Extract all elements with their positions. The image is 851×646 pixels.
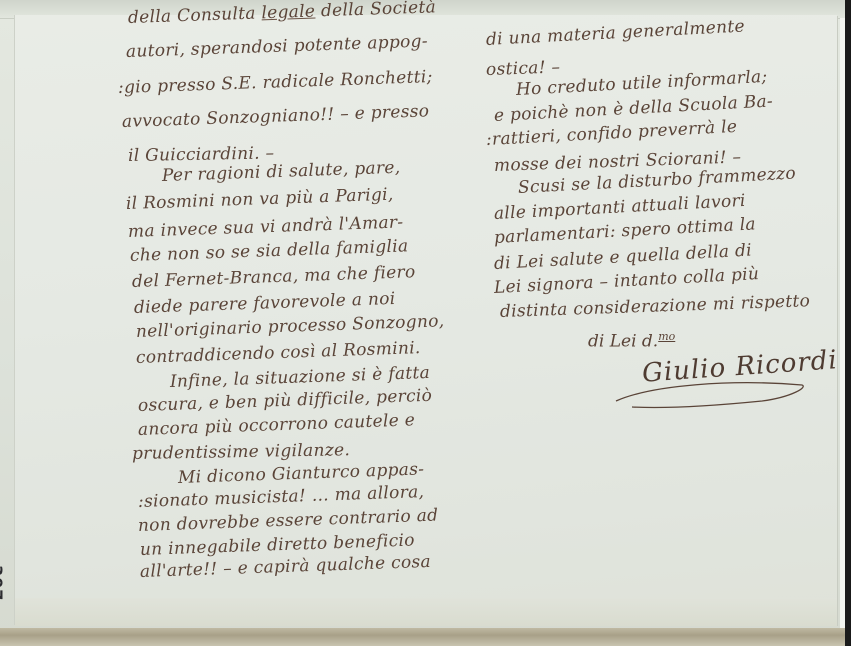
scan-border-right	[845, 0, 851, 646]
sheet-bottom-band	[15, 598, 837, 626]
underlined-word: legale	[261, 1, 315, 23]
letter-line: ostica! –	[486, 57, 561, 80]
letter-line: prudentissime vigilanze.	[132, 440, 350, 464]
closing-formula: di Lei d.mo	[588, 330, 675, 352]
archive-stamp: 307	[0, 565, 6, 601]
bottom-binding-edge	[0, 628, 851, 646]
signature-flourish	[612, 375, 812, 415]
